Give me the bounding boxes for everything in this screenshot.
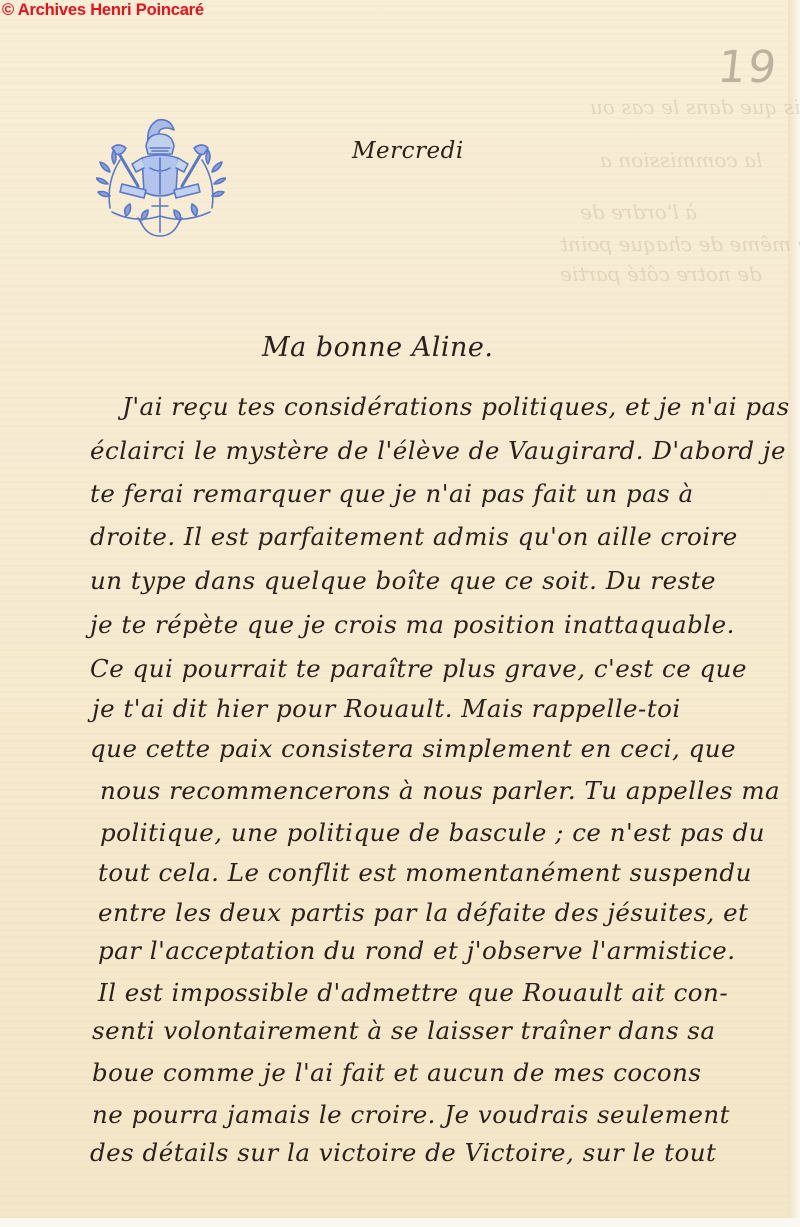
crest-icon bbox=[96, 112, 226, 242]
letter-line: droite. Il est parfaitement admis qu'on … bbox=[90, 522, 738, 551]
letter-line: te ferai remarquer que je n'ai pas fait … bbox=[90, 479, 694, 508]
letter-line: des détails sur la victoire de Victoire,… bbox=[90, 1138, 716, 1167]
bleed-through-text: mais que dans le cas ou bbox=[590, 95, 800, 119]
page-right-edge bbox=[788, 0, 800, 1227]
page-bottom-edge bbox=[0, 1218, 800, 1227]
letter-line: ne pourra jamais le croire. Je voudrais … bbox=[92, 1100, 730, 1129]
letter-date: Mercredi bbox=[352, 138, 464, 164]
letter-line: je t'ai dit hier pour Rouault. Mais rapp… bbox=[92, 694, 681, 723]
letter-line: entre les deux partis par la défaite des… bbox=[98, 898, 748, 927]
letter-line: boue comme je l'ai fait et aucun de mes … bbox=[92, 1058, 702, 1087]
bleed-through-text: la commission a bbox=[600, 148, 762, 172]
letter-line: que cette paix consistera simplement en … bbox=[90, 734, 736, 763]
letter-line: je te répète que je crois ma position in… bbox=[90, 610, 735, 639]
letter-line: par l'acceptation du rond et j'observe l… bbox=[98, 936, 736, 965]
letter-line: politique, une politique de bascule ; ce… bbox=[100, 818, 765, 847]
letter-line: J'ai reçu tes considérations politiques,… bbox=[122, 392, 790, 421]
letter-line: senti volontairement à se laisser traîne… bbox=[92, 1016, 715, 1045]
bleed-through-text: le même de chaque point bbox=[560, 232, 800, 256]
letter-line: tout cela. Le conflit est momentanément … bbox=[98, 858, 752, 887]
letter-line: nous recommencerons à nous parler. Tu ap… bbox=[100, 776, 780, 805]
letter-line: éclairci le mystère de l'élève de Vaugir… bbox=[90, 436, 786, 465]
archive-page-number: 19 bbox=[715, 42, 780, 93]
copyright-notice: © Archives Henri Poincaré bbox=[2, 1, 204, 20]
bleed-through-text: de notre côté partie bbox=[560, 262, 762, 286]
letter-line: un type dans quelque boîte que ce soit. … bbox=[90, 566, 716, 595]
letter-line: Ce qui pourrait te paraître plus grave, … bbox=[90, 654, 747, 683]
letter-salutation: Ma bonne Aline. bbox=[262, 332, 493, 363]
letter-line: Il est impossible d'admettre que Rouault… bbox=[98, 978, 728, 1007]
bleed-through-text: à l'ordre de bbox=[580, 200, 697, 224]
